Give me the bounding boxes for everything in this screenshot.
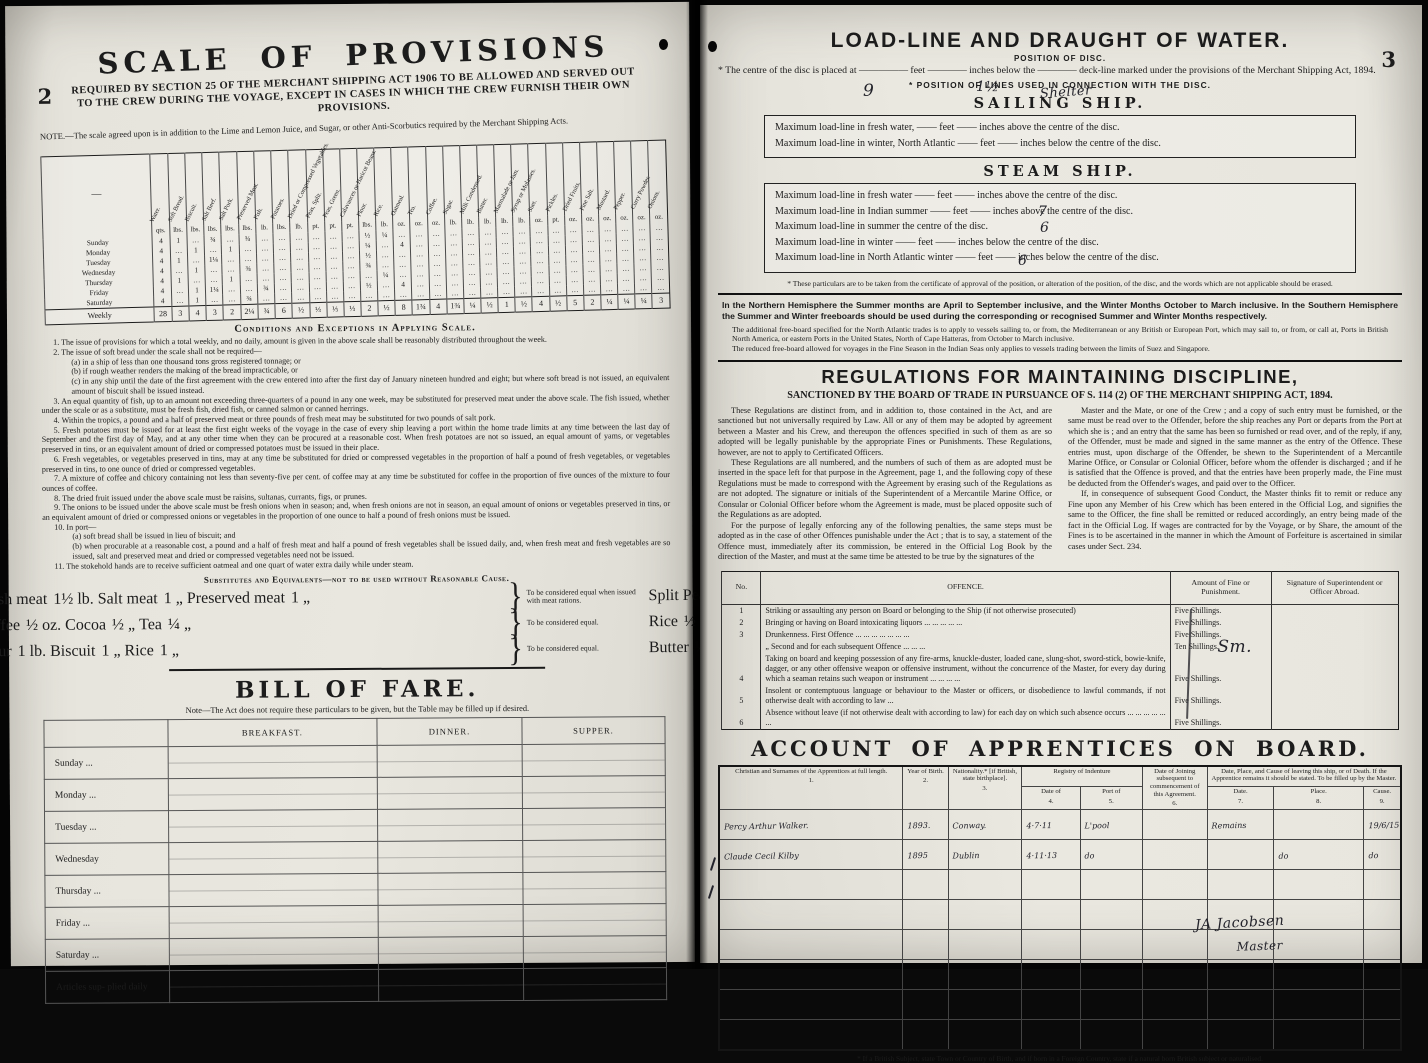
binding-hole [659,39,668,50]
bof-breakfast-cell [168,810,377,843]
substitute-item: Biscuit1 „ [50,643,121,661]
weekly-value-cell: 2 [584,295,602,310]
apprentice-leave-date [1207,959,1274,969]
apprentice-birth [903,899,949,930]
offence-body: 1 Striking or assaulting any person on B… [722,604,1398,729]
offence-number: 4 [722,653,761,685]
loadline-title: LOAD-LINE AND DRAUGHT OF WATER. [718,29,1402,53]
loadline-entry: Maximum load-line in winter, North Atlan… [775,136,1345,152]
offence-signature-cell [1271,604,1398,617]
loadline-entry: Maximum load-line in fresh water, —— fee… [775,120,1345,136]
bill-of-fare-title: BILL OF FARE. [43,674,671,705]
bof-breakfast-cell [169,842,378,875]
scale-column-header: Mustard. [597,142,616,215]
apprentice-nationality [948,929,1022,960]
apprentices-title: ACCOUNT OF APPRENTICES ON BOARD. [718,736,1402,761]
section-divider [169,667,546,671]
bof-col-breakfast: BREAKFAST. [168,719,377,747]
bof-day-label: Tuesday ... [44,811,168,844]
apprentice-leave-place [1273,959,1363,969]
scale-column-header: Biscuit. [185,153,204,226]
weekly-value-cell: ⅓ [344,302,361,317]
weekly-value-cell: ¼ [618,294,636,309]
offence-col-fine: Amount of Fine or Punishment. [1170,571,1271,604]
weekly-value-cell: 2¼ [241,305,259,320]
bof-dinner-cell [377,745,523,778]
apprentice-birth: 1893. [903,809,949,840]
substitute-item: Coffee½ oz. [0,617,61,636]
weekly-value-cell: 1¾ [447,299,465,314]
offence-table: No. OFFENCE. Amount of Fine or Punishmen… [721,571,1398,730]
weekly-value-cell: ¼ [601,295,619,310]
offence-number: 3 [722,629,761,641]
weekly-value-cell: ½ [515,297,532,312]
bof-supper-cell [523,840,666,873]
scale-column-header: Fish. [254,151,273,224]
apprentice-birth [903,959,949,969]
offence-col-signature: Signature of Superintendent or Officer A… [1271,571,1398,604]
weekly-value-cell: ¼ [464,298,481,313]
apprentice-reg-date [1021,899,1080,930]
scale-column-header: Tea. [408,147,427,220]
offence-col-offence: OFFENCE. [761,571,1170,604]
offence-row: 3 Drunkenness. First Offence ... ... ...… [722,629,1398,641]
substitute-group: } To be considered equal. Coffee½ oz. Co… [0,612,310,640]
apprentice-name: Percy Arthur Walker. [719,808,903,841]
weekly-value-cell: 3 [206,305,224,320]
handwritten-steam-fresh: 7 [1038,204,1047,220]
loadline-section: LOAD-LINE AND DRAUGHT OF WATER. POSITION… [718,29,1402,354]
apprentice-nationality [948,959,1022,969]
freeboard-note: The additional free-board specified for … [732,325,1388,344]
apprentice-leave-place: do [1273,839,1363,871]
pen-tick [708,885,714,899]
weekly-value-cell: ⅓ [309,303,326,318]
hdr-leaving: Date, Place, and Cause of leaving this s… [1207,766,1401,787]
weekly-value-cell: 1 [498,298,515,313]
offence-row: „ Second and for each subsequent Offence… [722,641,1398,653]
bof-breakfast-cell [169,874,378,907]
steam-ship-heading: STEAM SHIP. [718,163,1402,180]
apprentice-nationality [948,869,1022,900]
apprentice-birth: 1895 [903,839,949,870]
weekly-value-cell: ⅓ [326,302,343,317]
offence-row: 4 Taking on board and keeping possession… [722,653,1398,685]
weekly-value-cell: ½ [481,298,498,313]
offence-row: 5 Insolent or contemptuous language or b… [722,685,1398,707]
apprentice-leave-cause [1363,899,1401,930]
bof-breakfast-cell [168,746,377,779]
substitutes-columns: } To be considered equal. Fresh meat1½ l… [43,584,671,664]
weekly-value-cell: ¾ [258,304,275,319]
bof-day-label: Friday ... [45,907,169,940]
hdr-nationality: Nationality.* [if British, state birthpl… [948,766,1022,810]
apprentices-table-wrap: Christian and Surnames of the Apprentice… [718,765,1402,969]
apprentice-joining [1142,960,1207,969]
apprentice-leave-place [1273,869,1363,901]
bof-row: Friday ... [45,904,666,940]
hdr-leave-cause: Cause.9. [1364,787,1401,810]
apprentice-joining [1142,870,1207,900]
regulation-paragraph: If, in consequence of subsequent Good Co… [1068,489,1402,552]
substitute-item: Cocoa½ „ [65,617,135,635]
offence-fine: Five Shillings. [1170,685,1271,707]
apprentice-name [719,868,903,901]
scale-corner-cell: — [41,154,152,229]
left-page: 2 SCALE OF PROVISIONS REQUIRED BY SECTIO… [5,2,695,966]
offence-text: Taking on board and keeping possession o… [761,653,1170,685]
substitute-item: Rice1 „ [124,642,179,660]
offence-row: 2 Bringing or having on Board intoxicati… [722,617,1398,629]
conditions-list: 1. The issue of provisions for which a t… [41,334,670,571]
apprentices-body: Percy Arthur Walker. 1893. Conway. 4·7·1… [719,810,1401,969]
apprentice-row: Percy Arthur Walker. 1893. Conway. 4·7·1… [719,810,1401,840]
scale-column-header: Peas, Split. [305,150,324,223]
offence-signature-cell [1271,653,1398,685]
weekly-value-cell: 2 [223,305,241,320]
bof-day-label: Monday ... [44,779,168,812]
regulations-right-column: Master and the Mate, or one of the Crew … [1068,406,1402,563]
loadline-entry: Maximum load-line in fresh water —— feet… [775,188,1345,204]
bof-supper-cell [523,808,666,841]
weekly-label: Weekly [45,307,155,325]
substitute-group: } To be considered equal. Flour1 lb. Bis… [0,638,311,666]
bof-supper-cell [523,872,666,905]
handwritten-steam-winter: 6 [1018,253,1027,269]
apprentice-row: Claude Cecil Kilby 1895 Dublin 4·11·13 d… [719,840,1401,870]
weekly-value-cell: 6 [275,304,293,319]
offence-fine: Five Shillings. [1170,604,1271,617]
substitute-note: To be considered equal. [527,644,645,653]
scale-column-header: Soft Bread. [167,153,186,226]
hdr-leave-place: Place.8. [1274,787,1364,810]
offence-signature-cell [1271,617,1398,629]
regulation-paragraph: These Regulations are distinct from, and… [718,406,1052,458]
bof-header-row: BREAKFAST. DINNER. SUPPER. [44,717,665,748]
offence-number: 6 [722,707,761,730]
apprentice-reg-port [1080,959,1142,969]
substitute-note: To be considered equal when issued with … [526,588,644,606]
offence-number: 2 [722,617,761,629]
substitute-item: Preserved meat1 „ [187,589,310,608]
bof-row: Monday ... [44,776,665,812]
scale-column-header: Rice. [374,148,393,221]
hdr-leave-date: Date.7. [1207,787,1273,810]
weekly-value-cell: 4 [189,306,207,321]
bof-breakfast-cell [169,938,378,969]
offence-table-wrap: No. OFFENCE. Amount of Fine or Punishmen… [718,571,1402,730]
apprentice-reg-port: do [1080,839,1142,870]
offence-text: Absence without leave (if not otherwise … [761,707,1170,730]
substitute-group: } To be considered equal. Fresh meat1½ l… [0,586,310,614]
apprentice-reg-date [1021,959,1080,969]
scale-column-header: Preserved Meat. [236,152,255,225]
apprentices-header-row-1: Christian and Surnames of the Apprentice… [719,766,1401,787]
apprentice-name [719,898,903,931]
apprentice-reg-date [1021,869,1080,900]
bof-supper-cell [523,904,666,937]
offence-text: Bringing or having on Board intoxicating… [761,617,1170,629]
bof-supper-cell [522,744,665,777]
loadline-entry: Maximum load-line in North Atlantic wint… [775,250,1345,266]
loadline-entry: Maximum load-line in winter —— feet —— i… [775,235,1345,251]
scale-column-header: Dried Fruits. [562,143,581,216]
bof-dinner-cell [377,777,523,810]
weekly-value-cell: 3 [652,293,670,308]
condition-item: 10. In port— (a) soft bread shall be iss… [42,519,670,562]
apprentices-table: Christian and Surnames of the Apprentice… [718,765,1402,969]
freeboard-note: The reduced free-board allowed for voyag… [732,344,1388,354]
hdr-registry: Registry of Indenture [1022,766,1143,787]
loadline-entry: Maximum load-line in Indian summer —— fe… [775,204,1345,220]
centre-of-disc-line: * The centre of the disc is placed at ——… [718,65,1402,76]
scale-column-header: Sugar. [442,146,461,219]
hemisphere-note: In the Northern Hemisphere the Summer mo… [718,293,1402,322]
apprentice-leave-cause [1363,869,1401,900]
apprentice-reg-date: 4·7·11 [1021,809,1080,840]
offence-text: Insolent or contemptuous language or beh… [761,685,1170,707]
regulations-left-column: These Regulations are distinct from, and… [718,406,1052,563]
weekly-value-cell: ½ [549,296,566,311]
scale-column-header: Flour. [356,148,375,221]
apprentice-reg-port: L'pool [1080,809,1142,840]
regulation-paragraph: Master and the Mate, or one of the Crew … [1068,406,1402,490]
apprentice-leave-place [1273,899,1363,931]
offence-number [722,641,761,653]
offence-signature-cell [1271,641,1398,653]
offence-signature-cell [1271,629,1398,641]
superintendent-initials: Sm. [1217,637,1252,657]
apprentice-leave-place [1273,809,1363,841]
apprentice-joining [1142,840,1207,870]
substitute-item: Tea¼ „ [139,616,191,634]
master-signature: JA Jacobsen Master [1195,915,1284,953]
binding-hole [708,41,717,52]
apprentice-name [719,928,903,961]
hdr-name: Christian and Surnames of the Apprentice… [719,766,903,810]
scale-column-header: Dried or Compressed Vegetables. [288,150,307,223]
apprentice-joining [1142,810,1207,840]
weekly-value-cell: ½ [292,303,309,318]
bof-day-label: Sunday ... [44,747,168,780]
bof-col-supper: SUPPER. [522,717,665,745]
apprentice-reg-port [1080,899,1142,930]
signature-title: Master [1234,938,1284,954]
scale-column-header: Salt Pork. [219,152,238,225]
bof-col-dinner: DINNER. [377,718,523,746]
scale-column-header: Pickles. [545,143,564,216]
weekly-value-cell: 3 [171,306,189,321]
bof-day-label: Wednesday [45,843,169,876]
apprentice-row [719,960,1401,969]
apprentice-leave-cause [1363,929,1401,960]
bill-of-fare-note: Note—The Act does not require these part… [43,703,671,716]
handwritten-inches-value: 1½ [976,79,999,95]
offence-fine: Five Shillings. [1170,617,1271,629]
bof-supper-cell [523,776,666,809]
bof-dinner-cell [378,937,524,969]
offence-text: „ Second and for each subsequent Offence… [761,641,1170,653]
apprentice-leave-cause: do [1363,839,1401,870]
apprentice-leave-cause: 19/6/15 [1363,809,1401,840]
scale-column-header: Peas, Green. [322,149,341,222]
scale-column-header: Onions. [648,140,667,213]
offence-fine: Five Shillings. [1170,653,1271,685]
condition-item: 2. The issue of soft bread under the sca… [41,344,669,396]
apprentice-leave-cause [1363,959,1401,969]
hdr-birth: Year of Birth.2. [903,766,948,810]
regulations-columns: These Regulations are distinct from, and… [718,406,1402,563]
bof-day-label: Saturday ... [45,939,169,969]
provisions-scale-table: — Water.Soft Bread.Biscuit.Salt Beef.Sal… [40,140,670,326]
weekly-value-cell: 8 [395,300,413,315]
weekly-value-cell: 1¾ [412,300,430,315]
loadline-entry: Maximum load-line in summer the centre o… [775,219,1345,235]
bof-breakfast-cell [168,778,377,811]
section-rule [718,360,1402,362]
bof-row: Tuesday ... [44,808,665,844]
freeboard-notes: The additional free-board specified for … [718,325,1402,354]
apprentice-nationality: Conway. [948,809,1022,840]
condition-item: 5. Fresh potatoes must be issued for at … [42,422,670,455]
apprentice-row [719,900,1401,930]
substitute-note: To be considered equal. [527,618,645,627]
apprentice-name: Claude Cecil Kilby [719,838,903,871]
bof-dinner-cell [378,905,524,938]
bof-row: Saturday ... [45,936,666,969]
apprentice-leave-place [1273,929,1363,961]
offence-row: 6 Absence without leave (if not otherwis… [722,707,1398,730]
signature-name: JA Jacobsen [1194,912,1284,933]
brace-glyph: } [508,634,523,664]
offence-header-row: No. OFFENCE. Amount of Fine or Punishmen… [722,571,1398,604]
bof-row: Sunday ... [44,744,665,780]
apprentice-row [719,870,1401,900]
regulations-subtitle: SANCTIONED BY THE BOARD OF TRADE IN PURS… [718,390,1402,401]
bof-body: Sunday ... Monday ... [44,744,666,969]
apprentice-reg-port [1080,929,1142,960]
weekly-value-cell: 28 [154,307,172,322]
weekly-value-cell: 4 [532,297,550,312]
binding-gutter [686,0,708,969]
sailing-ship-box: Maximum load-line in fresh water, —— fee… [764,115,1356,158]
substitute-item: Fresh meat1½ lb. [0,591,94,610]
hdr-reg-date: Date of4. [1022,787,1081,810]
apprentice-nationality: Dublin [948,839,1022,870]
scale-column-header: Suet. [528,144,547,217]
book-spread: 2 SCALE OF PROVISIONS REQUIRED BY SECTIO… [0,0,1428,969]
pen-tick [710,857,716,871]
offence-signature-cell [1271,707,1398,730]
substitutes-left: } To be considered equal. Fresh meat1½ l… [0,586,311,666]
bof-row: Wednesday [45,840,666,876]
right-page: 3 LOAD-LINE AND DRAUGHT OF WATER. POSITI… [700,5,1422,963]
handwritten-steam-indian: 6 [1040,220,1049,236]
handwritten-feet-value: 9 [863,81,874,101]
disc-footnote: * These particulars are to be taken from… [718,279,1402,288]
apprentice-reg-port [1080,869,1142,900]
steam-ship-box: Maximum load-line in fresh water —— feet… [764,183,1356,273]
scale-column-header: Calavances or Haricot Beans. [339,149,358,222]
scale-column-header: Milk Condensed. [460,146,479,219]
apprentice-reg-date: 4·11·13 [1021,839,1080,870]
apprentice-leave-date: Remains [1207,809,1274,840]
bof-day-label: Thursday ... [45,875,169,908]
regulations-title: REGULATIONS FOR MAINTAINING DISCIPLINE, [718,366,1402,388]
apprentice-row [719,930,1401,960]
bof-supper-cell [524,936,667,969]
offence-col-no: No. [722,571,761,604]
position-of-disc-heading: POSITION OF DISC. [718,54,1402,63]
offence-text: Striking or assaulting any person on Boa… [761,604,1170,617]
bof-row: Thursday ... [45,872,666,908]
scale-column-header: Coffee. [425,146,444,219]
bof-breakfast-cell [169,906,378,939]
weekly-value-cell: ¼ [635,294,653,309]
offence-text: Drunkenness. First Offence ... ... ... .… [761,629,1170,641]
apprentice-birth [903,929,949,960]
bof-dinner-cell [378,873,524,906]
scale-column-header: Water. [150,154,169,227]
offence-signature-cell [1271,685,1398,707]
weekly-value-cell: ½ [378,301,395,316]
weekly-value-cell: 4 [429,299,447,314]
substitute-item: Flour1 lb. [0,643,46,661]
substitute-item: Salt meat1 „ [98,590,183,609]
bof-dinner-cell [377,809,523,842]
scale-column-header: Fine Salt. [579,142,598,215]
bof-dinner-cell [377,841,523,874]
weekly-value-cell: 5 [566,296,584,311]
weekly-value-cell: 2 [361,301,379,316]
hdr-joining: Date of Joining subsequent to commenceme… [1142,766,1207,810]
offence-row: 1 Striking or assaulting any person on B… [722,604,1398,617]
hdr-reg-port: Port of5. [1080,787,1142,810]
bill-of-fare-table: BREAKFAST. DINNER. SUPPER. Sunday ... [43,716,666,969]
offence-number: 5 [722,685,761,707]
apprentice-leave-date [1207,839,1274,870]
apprentice-nationality [948,899,1022,930]
regulation-paragraph: For the purpose of legally enforcing any… [718,521,1052,563]
apprentice-birth [903,869,949,900]
offence-number: 1 [722,604,761,617]
bof-corner [44,720,168,748]
apprentice-leave-date [1207,869,1274,900]
apprentice-reg-date [1021,929,1080,960]
regulation-paragraph: These Regulations are all numbered, and … [718,458,1052,521]
